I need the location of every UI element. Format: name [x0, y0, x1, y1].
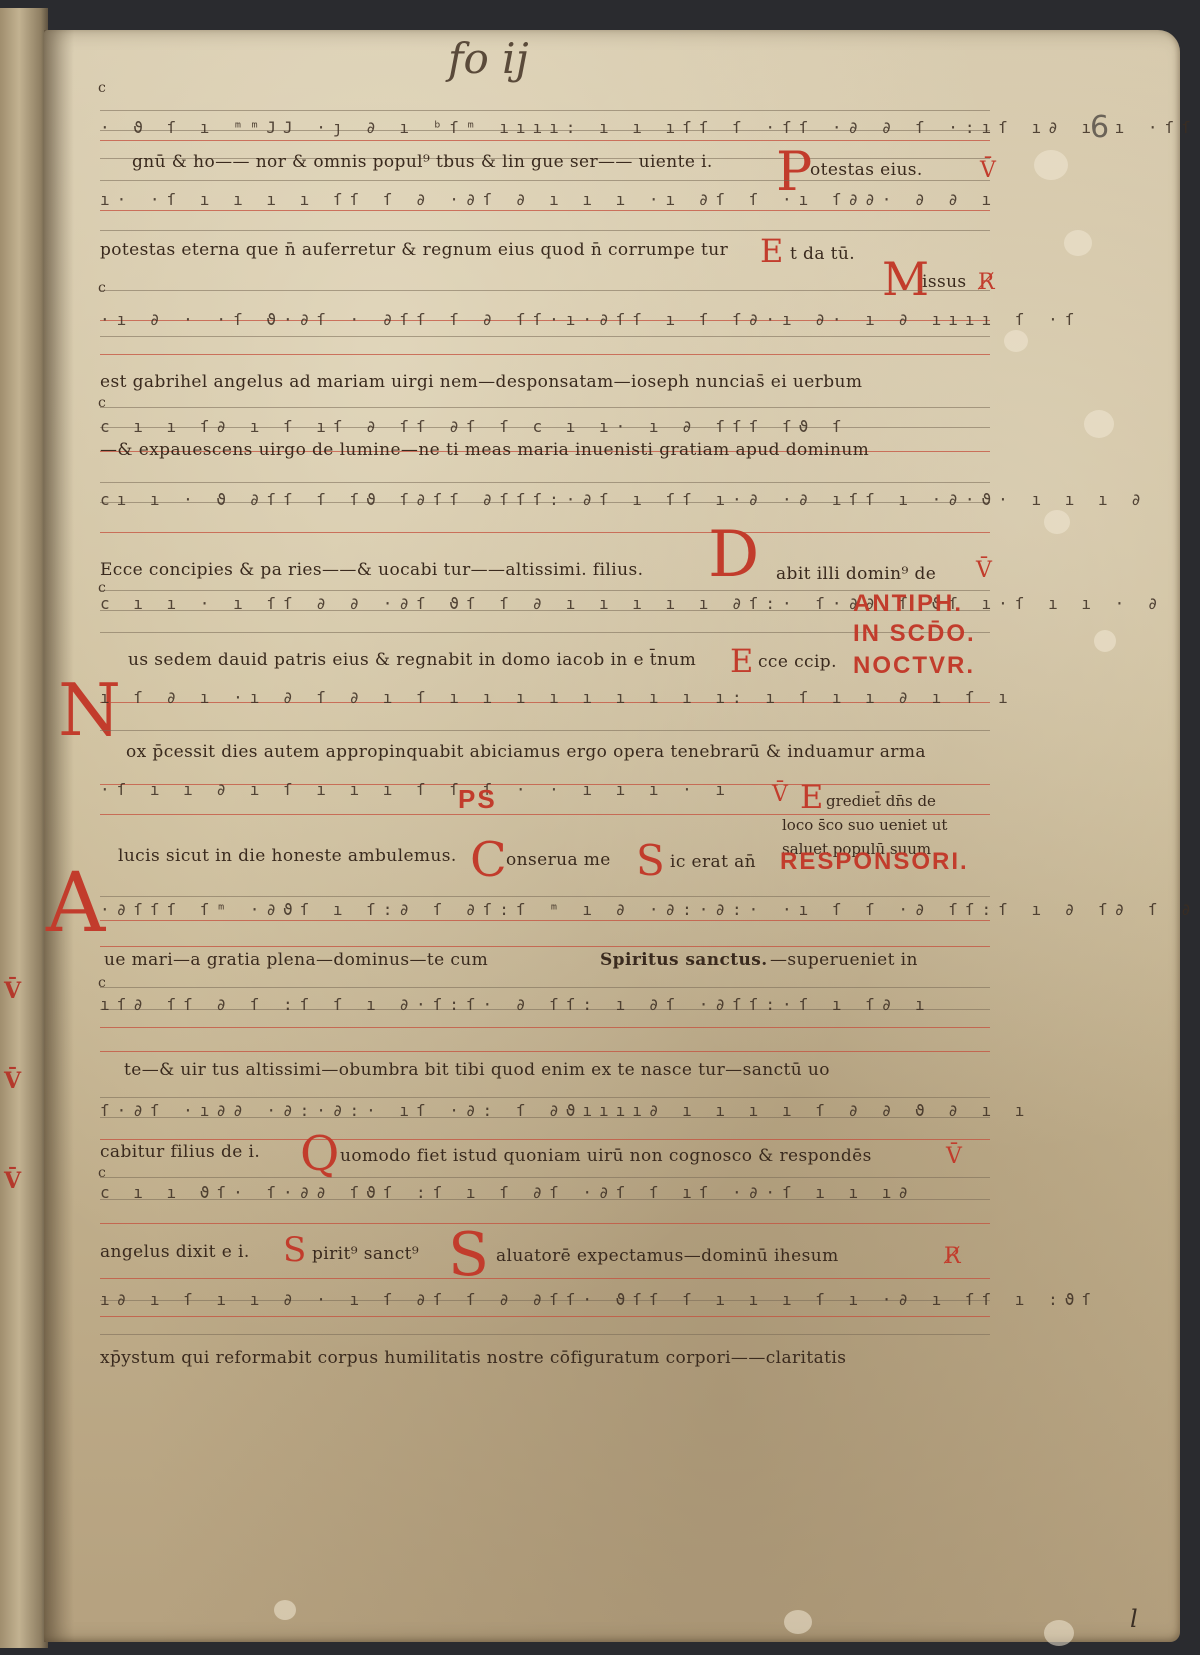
- neume-row: ı· ·ſ ı ı ı ı ſſ ſ ∂ ·∂ſ ∂ ı ı ı ·ı ∂ſ ſ…: [100, 190, 990, 209]
- neume-staff: c · ϑ ſ ı ᵐᵐJJ ·ȷ ∂ ı ᵇſᵐ ıııı: ı ı ıſſ …: [100, 80, 990, 160]
- neume-staff: c ·ı ∂ · ·ſ ϑ·∂ſ · ∂ſſ ſ ∂ ſſ·ı·∂ſſ ı ſ …: [100, 280, 990, 360]
- text-line: ox p̄cessit dies autem appropinquabit ab…: [126, 742, 1026, 762]
- text-line: te—& uir tus altissimi—obumbra bit tibi …: [124, 1060, 1024, 1080]
- neume-row: ıſ∂ ſſ ∂ ſ :ſ ſ ı ∂·ſ:ſ· ∂ ſſ: ı ∂ſ ·∂ſſ…: [100, 995, 990, 1014]
- left-page-rubric-mark: V̄: [4, 978, 21, 1004]
- verse-text: loco s̄co suo ueniet ut: [782, 816, 947, 834]
- adjacent-left-page: V̄ V̄ V̄: [0, 8, 48, 1648]
- text-line: angelus dixit e i.: [100, 1242, 290, 1262]
- text-line: cabitur filius de i.: [100, 1142, 300, 1162]
- rubric-responsory: RESPONSORI.: [780, 848, 969, 876]
- neume-row: ı ſ ∂ ı ·ı ∂ ſ ∂ ı ſ ı ı ı ı ı ı ı ı ı: …: [100, 688, 990, 707]
- text-line: xp̄ystum qui reformabit corpus humilitat…: [100, 1348, 1000, 1368]
- rubric-psalm: PS: [458, 784, 497, 815]
- corner-mark: l: [1130, 1605, 1138, 1633]
- chant-text: aluatorē expectamus—dominū ihesum: [496, 1246, 976, 1266]
- chant-text: ic erat an̄: [670, 852, 780, 872]
- neume-row: c ı ı ſ∂ ı ſ ıſ ∂ ſſ ∂ſ ſ c ı ı· ı ∂ ſſſ…: [100, 417, 990, 436]
- neume-row: ſ·∂ſ ·ı∂∂ ·∂:·∂:· ıſ ·∂: ſ ∂ϑıııı∂ ı ı ı…: [100, 1101, 990, 1120]
- neume-row: ı∂ ı ſ ı ı ∂ · ı ſ ∂ſ ſ ∂ ∂ſſ· ϑſſ ſ ı ı…: [100, 1290, 990, 1309]
- verse-rubric: V̄: [772, 782, 788, 807]
- neume-staff: ı· ·ſ ı ı ı ı ſſ ſ ∂ ·∂ſ ∂ ı ı ı ·ı ∂ſ ſ…: [100, 170, 990, 240]
- chant-text: uomodo fiet istud quoniam uirū non cogno…: [340, 1146, 980, 1166]
- manuscript-folio: [44, 30, 1180, 1642]
- neume-row: ·ı ∂ · ·ſ ϑ·∂ſ · ∂ſſ ſ ∂ ſſ·ı·∂ſſ ı ſ ſ∂…: [100, 310, 990, 329]
- neume-row: ·∂ſſſ ſᵐ ·∂ϑſ ı ſ:∂ ſ ∂ſ:ſ ᵐ ı ∂ ·∂:·∂:·…: [100, 900, 990, 919]
- chant-text-spiritus: Spiritus sanctus.: [600, 950, 770, 970]
- text-line: —& expauescens uirgo de lumine—ne ti mea…: [100, 440, 1000, 460]
- text-line: ue mari—a gratia plena—dominus—te cum: [104, 950, 624, 970]
- left-page-rubric-mark: V̄: [4, 1168, 21, 1194]
- initial-E: E: [760, 232, 783, 270]
- initial-E: E: [800, 778, 823, 816]
- neume-row: c ı ı ϑſ· ſ·∂∂ ſϑſ :ſ ı ſ ∂ſ ·∂ſ ſ ıſ ·∂…: [100, 1183, 990, 1202]
- rubric-in-secundo: IN SCD̄O.: [853, 620, 976, 648]
- text-line: est gabrihel angelus ad mariam uirgi nem…: [100, 372, 1000, 392]
- neume-staff: c ıſ∂ ſſ ∂ ſ :ſ ſ ı ∂·ſ:ſ· ∂ ſſ: ı ∂ſ ·∂…: [100, 975, 990, 1055]
- text-line: us sedem dauid patris eius & regnabit in…: [128, 650, 1028, 670]
- neume-row: cı ı · ϑ ∂ſſ ſ ſϑ ſ∂ſſ ∂ſſſ:·∂ſ ı ſſ ı·∂…: [100, 490, 990, 509]
- foliation-mark: fo ij: [448, 34, 529, 83]
- chant-text: pirit⁹ sanct⁹: [312, 1244, 452, 1264]
- neume-row: · ϑ ſ ı ᵐᵐJJ ·ȷ ∂ ı ᵇſᵐ ıııı: ı ı ıſſ ſ …: [100, 118, 990, 137]
- verse-text: grediet̄ dn̄s de: [826, 792, 936, 810]
- responsory-rubric: R̸: [944, 1244, 961, 1269]
- initial-A: A: [46, 856, 105, 951]
- neume-staff: ı ſ ∂ ı ·ı ∂ ſ ∂ ı ſ ı ı ı ı ı ı ı ı ı: …: [100, 680, 990, 740]
- initial-S: S: [283, 1230, 306, 1270]
- neume-staff: c c ı ı ϑſ· ſ·∂∂ ſϑſ :ſ ı ſ ∂ſ ·∂ſ ſ ıſ …: [100, 1165, 990, 1235]
- chant-text: t da tū.: [790, 244, 880, 264]
- gutter-shadow: [44, 30, 74, 1642]
- text-line: lucis sicut in die honeste ambulemus.: [118, 846, 478, 866]
- chant-text: gnū & ho—— nor & omnis popul⁹ tbus & lin…: [132, 152, 713, 172]
- neume-staff: cı ı · ϑ ∂ſſ ſ ſϑ ſ∂ſſ ∂ſſſ:·∂ſ ı ſſ ı·∂…: [100, 470, 990, 540]
- neume-staff: ſ·∂ſ ·ı∂∂ ·∂:·∂:· ıſ ·∂: ſ ∂ϑıııı∂ ı ı ı…: [100, 1085, 990, 1145]
- initial-S: S: [636, 836, 665, 885]
- chant-text: onserua me: [506, 850, 626, 870]
- initial-E: E: [730, 642, 753, 680]
- neume-staff: ·∂ſſſ ſᵐ ·∂ϑſ ı ſ:∂ ſ ∂ſ:ſ ᵐ ı ∂ ·∂:·∂:·…: [100, 880, 990, 950]
- chant-text: potestas eterna que n̄ auferretur & regn…: [100, 240, 728, 260]
- rubric-antiphon: ANTIPH.: [853, 590, 963, 618]
- neume-staff: ı∂ ı ſ ı ı ∂ · ı ſ ∂ſ ſ ∂ ∂ſſ· ϑſſ ſ ı ı…: [100, 1270, 990, 1340]
- left-page-rubric-mark: V̄: [4, 1068, 21, 1094]
- chant-text: —superueniet in: [770, 950, 1000, 970]
- chant-text: cce ccip.: [758, 652, 848, 672]
